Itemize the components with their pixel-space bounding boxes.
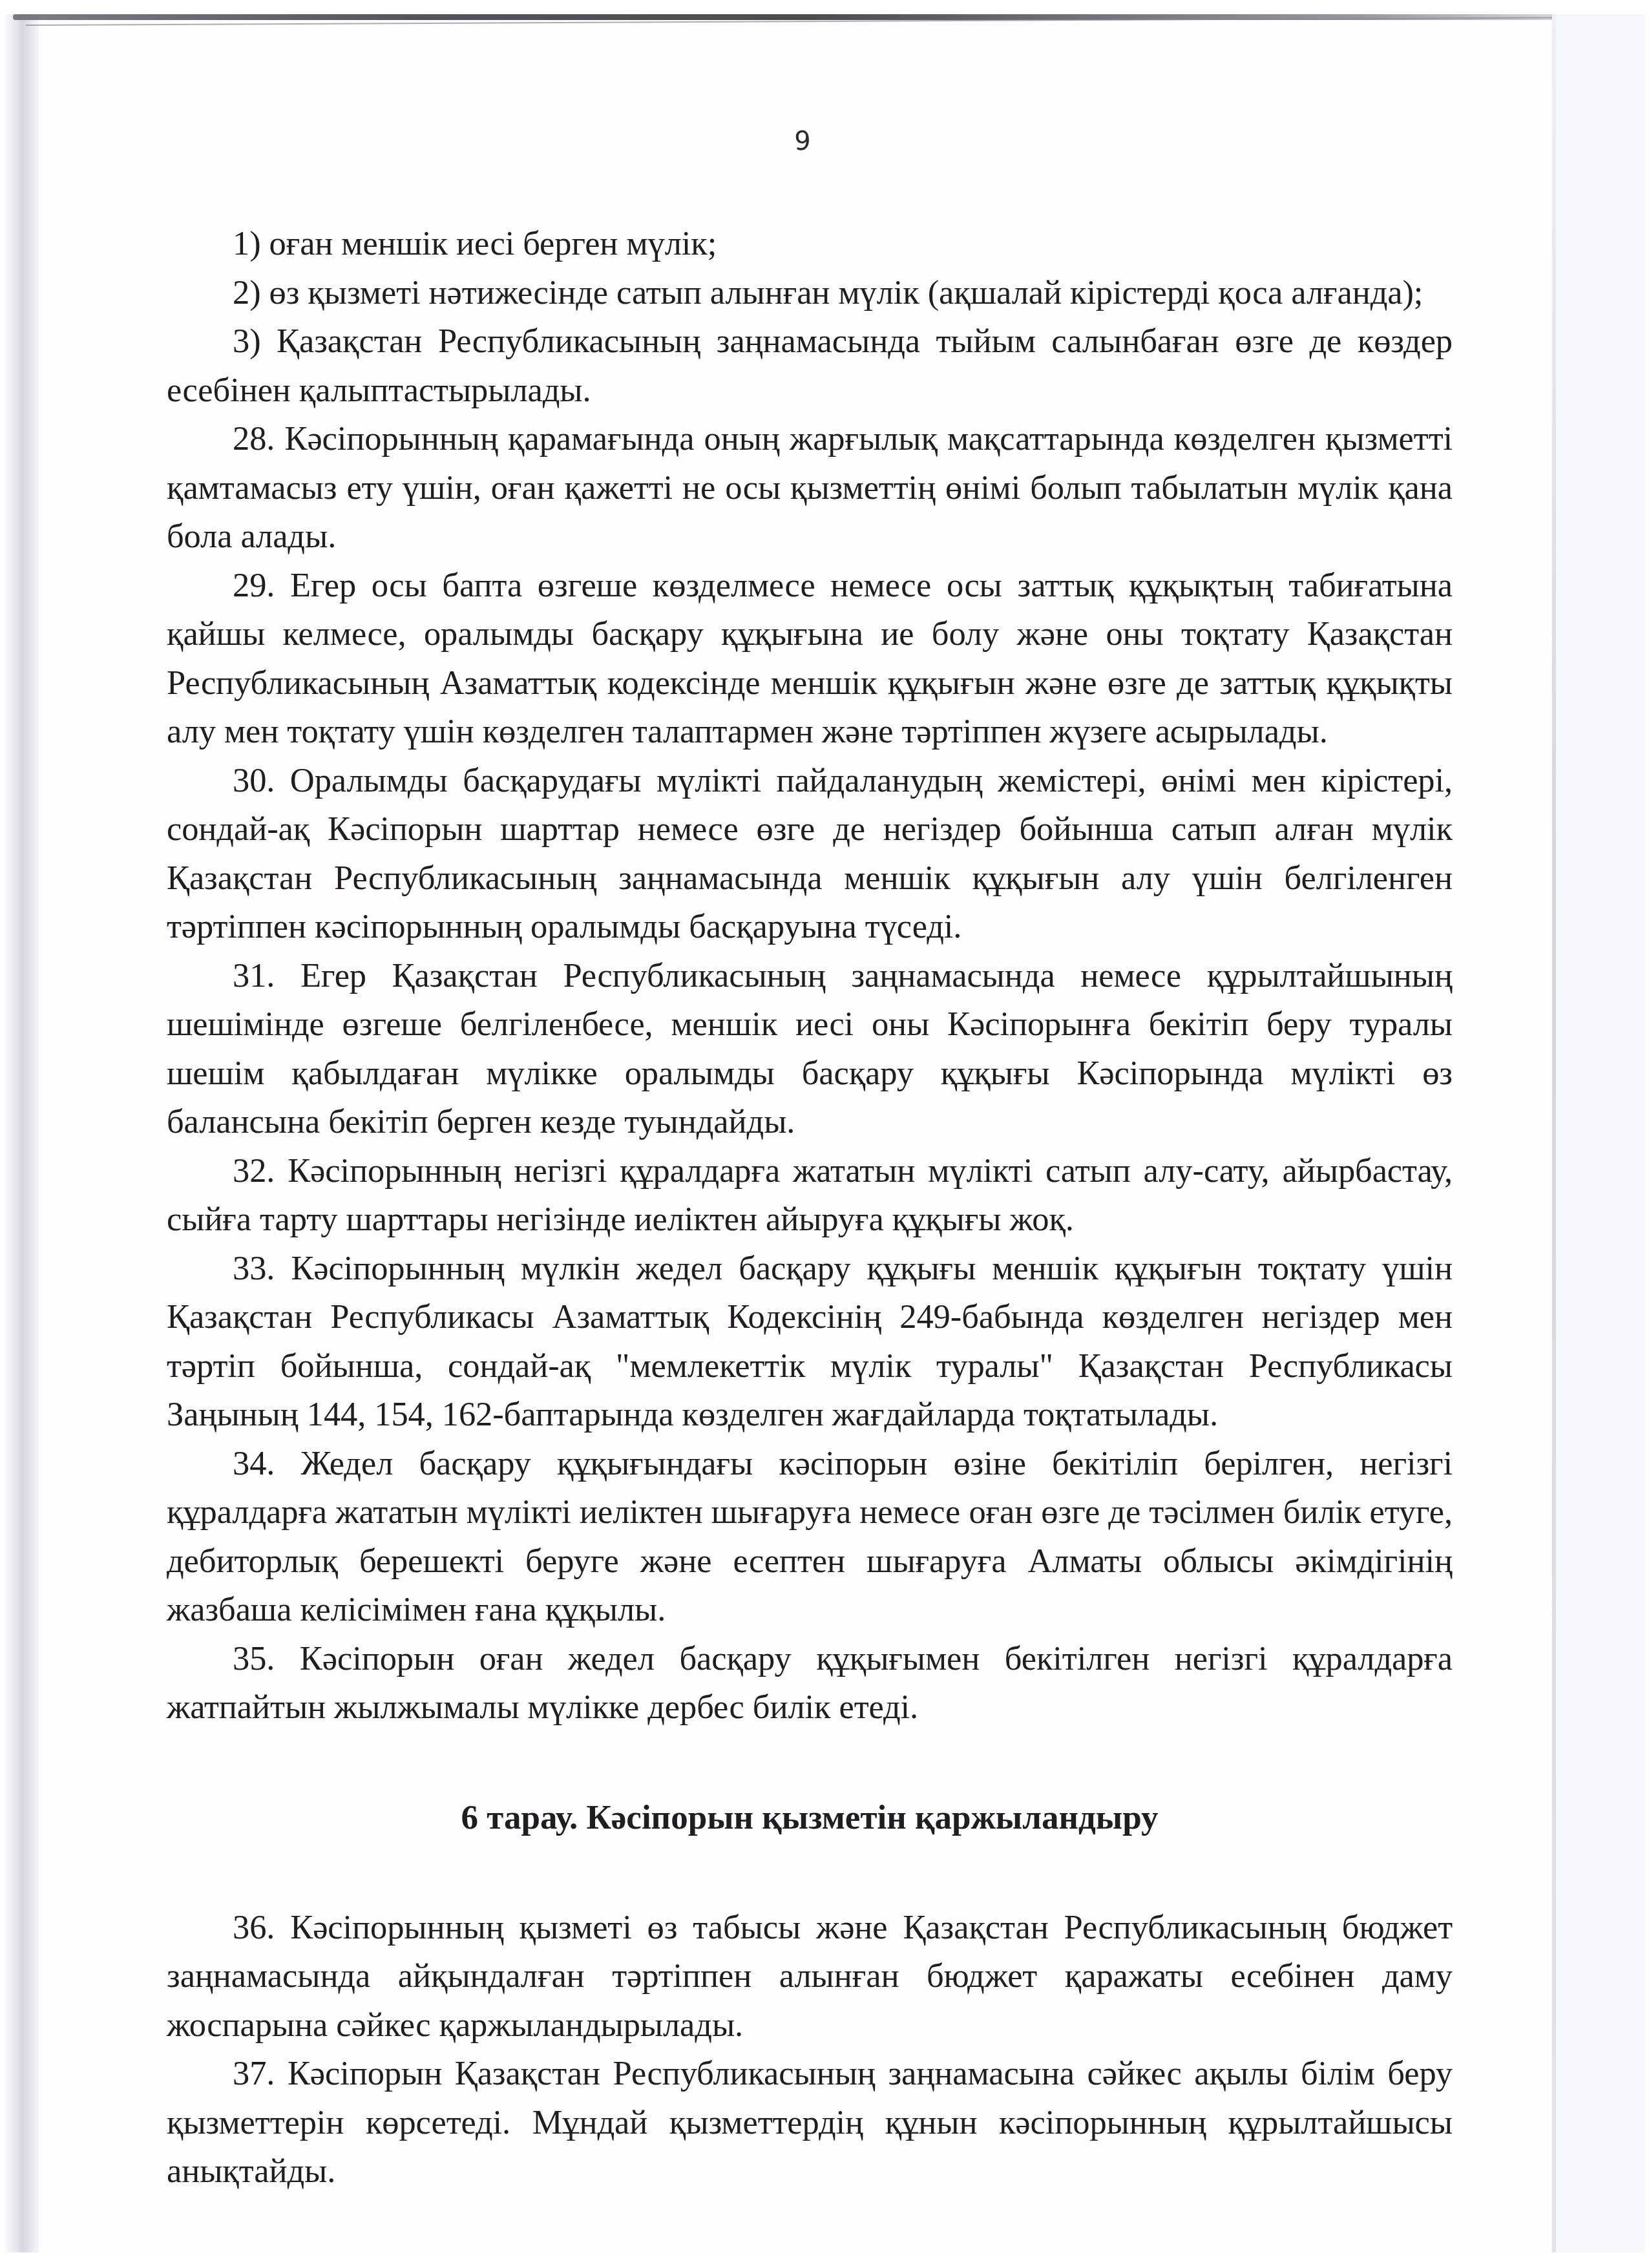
clause-29: 29. Егер осы бапта өзгеше көзделмесе нем… xyxy=(167,562,1453,757)
clause-31: 31. Егер Қазақстан Республикасының заңна… xyxy=(167,952,1453,1147)
clause-34: 34. Жедел басқару құқығындағы кәсіпорын … xyxy=(167,1440,1453,1635)
clause-32: 32. Кәсіпорынның негізгі құралдарға жата… xyxy=(167,1147,1453,1244)
list-item-1: 1) оған меншік иесі берген мүлік; xyxy=(167,220,1453,269)
list-item-3: 3) Қазақстан Республикасының заңнамасынд… xyxy=(167,317,1453,415)
document-body: 1) оған меншік иесі берген мүлік; 2) өз … xyxy=(167,220,1453,2196)
clause-35: 35. Кәсіпорын оған жедел басқару құқығым… xyxy=(167,1635,1453,1732)
section-heading: 6 тарау. Кәсіпорын қызметін қаржыландыру xyxy=(167,1794,1453,1842)
scan-margin-right xyxy=(1556,14,1645,2252)
clause-28: 28. Кәсіпорынның қарамағында оның жарғыл… xyxy=(167,415,1453,562)
clause-30: 30. Оралымды басқарудағы мүлікті пайдала… xyxy=(167,757,1453,952)
page-number: 9 xyxy=(790,127,815,156)
clause-36: 36. Кәсіпорынның қызметі өз табысы және … xyxy=(167,1904,1453,2050)
clause-33: 33. Кәсіпорынның мүлкін жедел басқару құ… xyxy=(167,1244,1453,1440)
list-item-2: 2) өз қызметі нәтижесінде сатып алынған … xyxy=(167,269,1453,318)
clause-37: 37. Кәсіпорын Қазақстан Республикасының … xyxy=(167,2050,1453,2196)
scan-shadow-left xyxy=(3,14,39,2252)
